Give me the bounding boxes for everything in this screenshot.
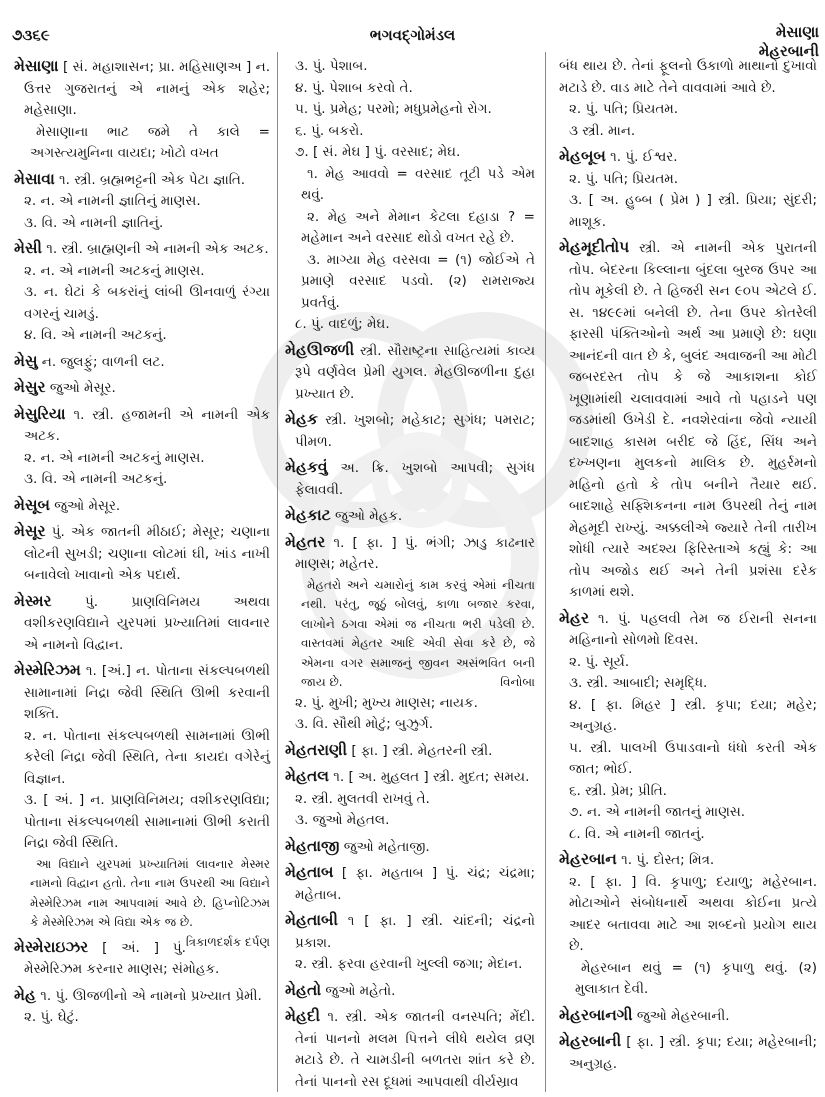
headword: મેસુર [14, 378, 46, 396]
headword: મેસૂબ [14, 496, 50, 514]
headword: મેહરબાનગી [559, 1006, 633, 1024]
headword: મેહઊજળી [285, 341, 354, 359]
sense: ૩. પું. પેશાબ. [285, 56, 535, 78]
dictionary-entry: મેસ્મેરિઝમ ૧. [અં.] ન. પોતાના સંકલ્પબળથી… [14, 660, 270, 933]
dictionary-entry: મેહતો જુઓ મહેતો. [285, 980, 535, 1003]
definition: ન. જુલફું; વાળની લટ. [42, 354, 165, 370]
headword: મેહતાજી [285, 837, 339, 855]
definition: ૧. પું. ઊજળીનો એ નામનો પ્રખ્યાત પ્રેમી. [40, 988, 262, 1004]
idiom: ૨. મેહ અને મેમાન કેટલા દહાડા ? = મહેમાન … [285, 207, 535, 250]
dictionary-entry: મેહરબાન ૧. પું. દોસ્ત; મિત્ર. ૨. [ ફા. ]… [559, 849, 817, 1001]
dictionary-entry: મેહતલ ૧. [ અ. મુહલત ] સ્ત્રી. મુદત; સમય.… [285, 766, 535, 832]
column-1: મેસાણા [ સં. મહાશાસન; પ્રા. મહિસાણઅ ] ન.… [14, 56, 270, 1033]
sense: ૬. પું. બકરો. [285, 121, 535, 143]
definition: ૧. [ ફા. ] પું. ભંગી; ઝાડુ કાઢનાર માણસ; … [295, 535, 535, 573]
dictionary-entry: મેસ્મર પું. પ્રાણવિનિમય અથવા વશીકરણવિદ્ય… [14, 591, 270, 657]
sense: ૨. પું. પતિ; પ્રિયતમ. [559, 99, 817, 121]
dictionary-entry: મેહરબાની [ ફા. ] સ્ત્રી. કૃપા; દયા; મહેર… [559, 1031, 817, 1075]
headword: મેહરબાની [559, 1032, 621, 1050]
idiom: ૧. મેહ આવવો = વરસાદ તૂટી પડે એમ થવું. [285, 164, 535, 207]
headword: મેહતરાણી [285, 741, 347, 759]
headword: મેહરબાન [559, 850, 617, 868]
headword: મેહમૂદીતોપ [559, 238, 629, 256]
dictionary-entry: મેહતર ૧. [ ફા. ] પું. ભંગી; ઝાડુ કાઢનાર … [285, 532, 535, 736]
idiom: મેહરબાન થવું = (૧) કૃપાળુ થવું. (૨) મુલા… [559, 958, 817, 1001]
definition: [ સં. મહાશાસન; પ્રા. મહિસાણઅ ] ન. ઉત્તર … [24, 59, 270, 118]
guide-word-first: મેસાણા [759, 23, 819, 42]
headword: મેહતાબી [285, 911, 338, 929]
sense: ૪. [ ફા. મિહર ] સ્ત્રી. કૃપા; દયા; મહેર;… [559, 695, 817, 738]
headword: મેહતાબ [285, 863, 333, 881]
dictionary-entry: મેહક સ્ત્રી. ખુશબો; મહેકાટ; સુગંધ; પમરાટ… [285, 409, 535, 453]
definition: ૧. સ્ત્રી. બ્રહ્મભટ્ટની એક પેટા જ્ઞાતિ. [59, 172, 245, 188]
definition: ૧. પું. ઈશ્વર. [610, 149, 677, 165]
headword: મેસ્મર [14, 592, 52, 610]
headword: મેસી [14, 239, 42, 257]
headword: મેહતલ [285, 767, 329, 785]
dictionary-entry: મેહબૂબ ૧. પું. ઈશ્વર. ૨. પું. પતિ; પ્રિય… [559, 146, 817, 233]
headword: મેહબૂબ [559, 147, 606, 165]
cross-reference: જુઓ મહેતો. [325, 983, 395, 999]
dictionary-entry: મેહર ૧. પું. પહલવી તેમ જ ઈરાની સનના મહિન… [559, 608, 817, 846]
idiom: મેસાણાના ભાટ જમે તે કાલે = અગસ્ત્યમુનિના… [14, 122, 270, 165]
column-divider [277, 52, 278, 1092]
sense: ૨. સ્ત્રી. ફરવા હરવાની ખુલ્લી જગા; મેદાન… [285, 954, 535, 976]
headword: મેહર [559, 609, 589, 627]
dictionary-entry: મેહદી ૧. સ્ત્રી. એક જાતની વનસ્પતિ; મેંદી… [285, 1006, 535, 1093]
cross-reference: જુઓ મેસૂર. [54, 498, 120, 514]
headword: મેસ્મેરાઇઝર [14, 938, 88, 956]
idiom: ૩. માગ્યા મેહ વરસવા = (૧) જોઈએ તે પ્રમાણ… [285, 250, 535, 315]
cross-reference: જુઓ મેસૂર. [50, 380, 116, 396]
dictionary-entry-continued: બંધ થાય છે. તેનાં ફૂલનો ઉકાળો માથાનો દુખ… [559, 56, 817, 142]
headword: મેસૂર [14, 522, 46, 540]
quote-text: મેહતરો અને ચમારોનું કામ કરવું એમાં નીચતા… [301, 578, 535, 690]
definition-continued: બંધ થાય છે. તેનાં ફૂલનો ઉકાળો માથાનો દુખ… [559, 56, 817, 99]
dictionary-entry: મેસાવા ૧. સ્ત્રી. બ્રહ્મભટ્ટની એક પેટા જ… [14, 169, 270, 235]
sense: ૩. [ અ. હુબ્બ ( પ્રેમ ) ] સ્ત્રી. પ્રિયા… [559, 190, 817, 233]
dictionary-entry: મેસાણા [ સં. મહાશાસન; પ્રા. મહિસાણઅ ] ન.… [14, 56, 270, 165]
sense: ૨. પું. મુખી; મુખ્ય માણસ; નાયક. [285, 693, 535, 715]
headword: મેસુ [14, 352, 38, 370]
definition: પું. પ્રાણવિનિમય અથવા વશીકરણવિદ્યાને યુર… [24, 594, 270, 653]
dictionary-entry: મેહતરાણી [ ફા. ] સ્ત્રી. મેહતરની સ્ત્રી. [285, 740, 535, 763]
sense: ૫. પું. પ્રમેહ; પરમો; મધુપ્રમેહનો રોગ. [285, 99, 535, 121]
sense: ૨. ન. એ નામની અટકનું માણસ. [14, 448, 270, 470]
quote-citation: વિનોબા [500, 673, 535, 693]
dictionary-entry: મેહતાબી ૧ [ ફા. ] સ્ત્રી. ચાંદની; ચંદ્રન… [285, 910, 535, 976]
sense: ૩. ન. ઘેટાં કે બકરાંનું લાંબી ઊનવાળું રં… [14, 282, 270, 325]
book-title: ભગવદ્ગોમંડલ [0, 26, 825, 44]
dictionary-entry: મેસી ૧. સ્ત્રી. બ્રાહ્મણની એ નામની એક અટ… [14, 238, 270, 347]
sense: ૩. સ્ત્રી. આબાદી; સમૃદ્ધિ. [559, 673, 817, 695]
definition: ૧. સ્ત્રી. બ્રાહ્મણની એ નામની એક અટક. [46, 241, 268, 257]
sense: ૮. વિ. એ નામની જાતનું. [559, 824, 817, 846]
sense: ૭. ન. એ નામની જાતનું માણસ. [559, 802, 817, 824]
cross-reference: જુઓ મહેતાજી. [344, 839, 430, 855]
definition: ૧. પું. દોસ્ત; મિત્ર. [621, 852, 714, 868]
dictionary-entry: મેહતાજી જુઓ મહેતાજી. [285, 836, 535, 859]
dictionary-entry: મેહમૂદીતોપ સ્ત્રી. એ નામની એક પુરાતની તો… [559, 237, 817, 604]
sense: ૨. ન. પોતાના સંકલ્પબળથી સામનામાં ઊભી કરે… [14, 726, 270, 791]
definition: [ ફા. ] સ્ત્રી. મેહતરની સ્ત્રી. [351, 743, 492, 759]
headword: મેહતર [285, 533, 325, 551]
definition: સ્ત્રી. ખુશબો; મહેકાટ; સુગંધ; પમરાટ; પીમ… [295, 412, 535, 450]
dictionary-entry: મેસુરિયા ૧. સ્ત્રી. હજામની એ નામની એક અટ… [14, 404, 270, 491]
headword: મેહક [285, 410, 318, 428]
definition: પું. એક જાતની મીઠાઈ; મેસૂર; ચણાના લોટની … [24, 524, 270, 583]
headword: મેહ [14, 986, 36, 1004]
sense: ૩. જુઓ મેહતલ. [285, 810, 535, 832]
sense: ૨. પું. સૂર્ય. [559, 652, 817, 674]
cross-reference: જુઓ મેહક. [335, 508, 402, 524]
sense: ૨. ન. એ નામની અટકનું માણસ. [14, 261, 270, 283]
dictionary-entry: મેસુ ન. જુલફું; વાળની લટ. [14, 351, 270, 374]
sense: ૫. સ્ત્રી. પાલખી ઉપાડવાનો ધંધો કરતી એક જ… [559, 738, 817, 781]
definition: ૧. સ્ત્રી. એક જાતની વનસ્પતિ; મેંદી. તેના… [295, 1009, 535, 1090]
dictionary-entry: મેસુર જુઓ મેસૂર. [14, 377, 270, 400]
dictionary-entry: મેહકાટ જુઓ મેહક. [285, 505, 535, 528]
definition: ૧. પું. પહલવી તેમ જ ઈરાની સનના મહિનાનો સ… [569, 611, 817, 649]
sense: ૩. [ અં. ] ન. પ્રાણવિનિમય; વશીકરણવિદ્યા;… [14, 790, 270, 855]
dictionary-entry: મેહતાબ [ ફા. મહતાબ ] પું. ચંદ્ર; ચંદ્રમા… [285, 862, 535, 906]
dictionary-entry: મેહરબાનગી જુઓ મેહરબાની. [559, 1005, 817, 1028]
definition: અ. ક્રિ. ખુશબો આપવી; સુગંધ ફેલાવવી. [295, 460, 535, 498]
quote-text: આ વિદ્યાને યુરપમાં પ્રખ્યાતિમાં લાવનાર મ… [30, 857, 270, 930]
headword: મેહદી [285, 1007, 320, 1025]
headword: મેહકવું [285, 458, 328, 476]
illustrative-quote: મેહતરો અને ચમારોનું કામ કરવું એમાં નીચતા… [285, 576, 535, 693]
dictionary-entry-continued: ૩. પું. પેશાબ. ૪. પું. પેશાબ કરવો તે. ૫.… [285, 56, 535, 336]
sense: ૨. પું. ઘેટું. [14, 1007, 270, 1029]
definition: ૧. [ અ. મુહલત ] સ્ત્રી. મુદત; સમય. [333, 769, 529, 785]
sense: ૩ સ્ત્રી. માન. [559, 121, 817, 143]
sense: ૪. વિ. એ નામની અટકનું. [14, 325, 270, 347]
column-divider [545, 52, 546, 1092]
headword: મેસુરિયા [14, 405, 66, 423]
sense: ૮. પું. વાદળું; મેઘ. [285, 314, 535, 336]
sense: ૨. સ્ત્રી. મુલતવી રાખવું તે. [285, 789, 535, 811]
dictionary-entry: મેહકવું અ. ક્રિ. ખુશબો આપવી; સુગંધ ફેલાવ… [285, 457, 535, 501]
dictionary-entry: મેસૂબ જુઓ મેસૂર. [14, 495, 270, 518]
headword: મેસાવા [14, 170, 55, 188]
sense: ૭. [ સં. મેઘ ] પું. વરસાદ; મેઘ. [285, 142, 535, 164]
cross-reference: જુઓ મેહરબાની. [637, 1008, 730, 1024]
headword: મેસ્મેરિઝમ [14, 661, 81, 679]
dictionary-entry: મેહ ૧. પું. ઊજળીનો એ નામનો પ્રખ્યાત પ્રે… [14, 985, 270, 1029]
headword: મેહકાટ [285, 506, 331, 524]
sense: ૬. સ્ત્રી. પ્રેમ; પ્રીતિ. [559, 781, 817, 803]
sense: ૩. વિ. એ નામની અટકનું. [14, 469, 270, 491]
sense: ૨. [ ફા. ] વિ. કૃપાળુ; દયાળુ; મહેરબાન. મ… [559, 872, 817, 958]
sense: ૨. ન. એ નામની જ્ઞાતિનું માણસ. [14, 191, 270, 213]
dictionary-entry: મેહઊજળી સ્ત્રી. સૌરાષ્ટ્રના સાહિત્યમાં ક… [285, 340, 535, 406]
headword: મેસાણા [14, 57, 59, 75]
definition: સ્ત્રી. એ નામની એક પુરાતની તોપ. બેદરના ક… [569, 240, 817, 600]
dictionary-entry: મેસૂર પું. એક જાતની મીઠાઈ; મેસૂર; ચણાના … [14, 521, 270, 587]
column-3: બંધ થાય છે. તેનાં ફૂલનો ઉકાળો માથાનો દુખ… [559, 56, 817, 1079]
headword: મેહતો [285, 981, 321, 999]
sense: ૪. પું. પેશાબ કરવો તે. [285, 78, 535, 100]
sense: ૩. વિ. સૌથી મોટું; બુઝુર્ગ. [285, 714, 535, 736]
column-2: ૩. પું. પેશાબ. ૪. પું. પેશાબ કરવો તે. ૫.… [285, 56, 535, 1097]
quote-citation: ત્રિકાળદર્શક દર્પણ [186, 933, 270, 953]
sense: ૨. પું. પતિ; પ્રિયતમ. [559, 169, 817, 191]
sense: ૩. વિ. એ નામની જ્ઞાતિનું. [14, 213, 270, 235]
illustrative-quote: આ વિદ્યાને યુરપમાં પ્રખ્યાતિમાં લાવનાર મ… [14, 855, 270, 933]
